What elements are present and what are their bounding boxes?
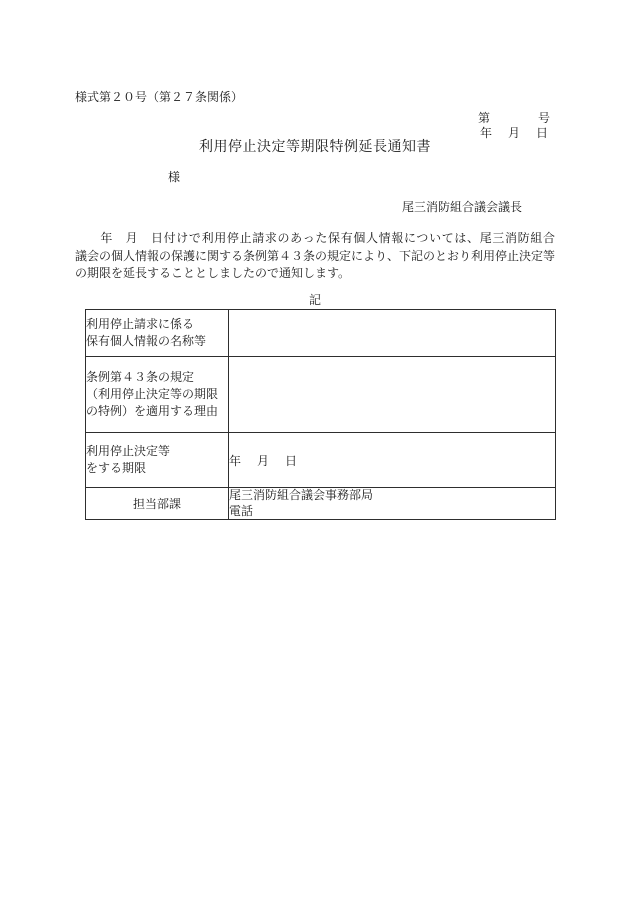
table-row-department: 担当部課 尾三消防組合議会事務部局 電話 — [86, 488, 556, 520]
body-line: 議会の個人情報の保護に関する条例第４３条の規定により、下記のとおり利用停止決定等 — [75, 248, 555, 266]
sender-title: 尾三消防組合議会議長 — [402, 200, 522, 215]
body-line: 年 月 日付けで利用停止請求のあった保有個人情報については、尾三消防組合 — [75, 230, 555, 248]
department-name: 尾三消防組合議会事務部局 — [229, 488, 555, 504]
document-title: 利用停止決定等期限特例延長通知書 — [75, 139, 555, 157]
document-number-line: 第 号 — [478, 111, 550, 126]
row-value-article43-reason — [229, 357, 556, 433]
row-value-personal-info-name — [229, 310, 556, 357]
body-paragraph: 年 月 日付けで利用停止請求のあった保有個人情報については、尾三消防組合 議会の… — [75, 230, 555, 283]
row-value-deadline-date: 年 月 日 — [229, 433, 556, 488]
row-label-line: をする期限 — [86, 460, 228, 477]
form-number: 様式第２０号（第２７条関係） — [75, 90, 243, 105]
row-value-department: 尾三消防組合議会事務部局 電話 — [229, 488, 556, 520]
row-label-line: 保有個人情報の名称等 — [86, 333, 228, 350]
table-row-personal-info-name: 利用停止請求に係る 保有個人情報の名称等 — [86, 310, 556, 357]
document-page: 様式第２０号（第２７条関係） 第 号 年 月 日 利用停止決定等期限特例延長通知… — [0, 0, 630, 903]
row-label-line: 条例第４３条の規定 — [86, 369, 228, 386]
row-label-line: の特例）を適用する理由 — [86, 403, 228, 420]
row-label-article43-reason: 条例第４３条の規定 （利用停止決定等の期限 の特例）を適用する理由 — [86, 357, 229, 433]
row-label-line: 利用停止請求に係る — [86, 316, 228, 333]
addressee-label: 様 — [168, 170, 180, 185]
row-label-line: 利用停止決定等 — [86, 443, 228, 460]
info-table: 利用停止請求に係る 保有個人情報の名称等 条例第４３条の規定 （利用停止決定等の… — [85, 309, 556, 520]
section-mark: 記 — [75, 292, 555, 308]
table-row-deadline: 利用停止決定等 をする期限 年 月 日 — [86, 433, 556, 488]
department-phone: 電話 — [229, 504, 555, 520]
row-label-department: 担当部課 — [86, 488, 229, 520]
body-line: の期限を延長することとしましたので通知します。 — [75, 265, 555, 283]
row-label-line: （利用停止決定等の期限 — [86, 386, 228, 403]
row-label-deadline: 利用停止決定等 をする期限 — [86, 433, 229, 488]
row-label-personal-info-name: 利用停止請求に係る 保有個人情報の名称等 — [86, 310, 229, 357]
table-row-article43-reason: 条例第４３条の規定 （利用停止決定等の期限 の特例）を適用する理由 — [86, 357, 556, 433]
